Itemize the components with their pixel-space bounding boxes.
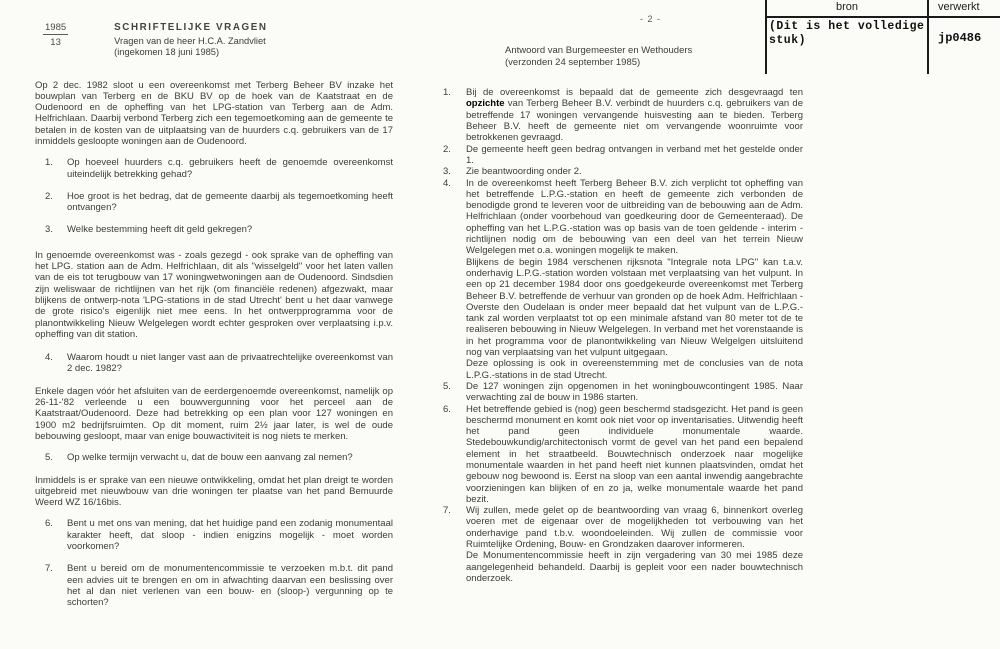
processing-code: jp0486 xyxy=(927,18,1000,74)
question-text: Waarom houdt u niet langer vast aan de p… xyxy=(67,352,393,375)
question-number: 5. xyxy=(45,452,67,463)
answer-number: 1. xyxy=(440,87,466,143)
answer-subparagraph: Blijkens de begin 1984 verschenen rijksn… xyxy=(466,257,803,359)
question-text: Op welke termijn verwacht u, dat de bouw… xyxy=(67,452,393,463)
question-item: 7. Bent u bereid om de monumentencommiss… xyxy=(35,563,393,608)
document-title: SCHRIFTELIJKE VRAGEN xyxy=(114,22,267,34)
document-year: 1985 xyxy=(43,22,68,35)
document-number-fraction: 1985 13 xyxy=(43,22,68,48)
question-item: 5. Op welke termijn verwacht u, dat de b… xyxy=(35,452,393,463)
answer-number: 5. xyxy=(440,381,466,404)
answer-header-line2: (verzonden 24 september 1985) xyxy=(505,57,803,69)
question-text: Welke bestemming heeft dit geld gekregen… xyxy=(67,224,393,235)
answer-text: Het betreffende gebied is (nog) geen bes… xyxy=(466,404,803,506)
answer-text: De gemeente heeft geen bedrag ontvangen … xyxy=(466,144,803,167)
answer-text: In de overeenkomst heeft Terberg Beheer … xyxy=(466,178,803,381)
answer-item: 1. Bij de overeenkomst is bepaald dat de… xyxy=(440,87,803,143)
question-number: 2. xyxy=(45,191,67,214)
answers-list: 1. Bij de overeenkomst is bepaald dat de… xyxy=(440,87,803,584)
answer-number: 2. xyxy=(440,144,466,167)
answer-item: 5. De 127 woningen zijn opgenomen in het… xyxy=(440,381,803,404)
answer-header-line1: Antwoord van Burgemeester en Wethouders xyxy=(505,45,803,57)
question-item: 6. Bent u met ons van mening, dat het hu… xyxy=(35,518,393,552)
question-text: Hoe groot is het bedrag, dat de gemeente… xyxy=(67,191,393,214)
answer-text: Bij de overeenkomst is bepaald dat de ge… xyxy=(466,87,803,143)
question-number: 1. xyxy=(45,157,67,180)
page-number: - 2 - xyxy=(640,14,803,24)
answer-number: 3. xyxy=(440,166,466,177)
answer-text: De 127 woningen zijn opgenomen in het wo… xyxy=(466,381,803,404)
answer-text: Wij zullen, mede gelet op de beantwoordi… xyxy=(466,505,803,584)
answer-number: 4. xyxy=(440,178,466,381)
answer-item: 2. De gemeente heeft geen bedrag ontvang… xyxy=(440,144,803,167)
question-number: 3. xyxy=(45,224,67,235)
question-number: 4. xyxy=(45,352,67,375)
context-paragraph: Inmiddels is er sprake van een nieuwe on… xyxy=(35,475,393,509)
question-item: 4. Waarom houdt u niet langer vast aan d… xyxy=(35,352,393,375)
answer-item: 7. Wij zullen, mede gelet op de beantwoo… xyxy=(440,505,803,584)
context-paragraph: In genoemde overeenkomst was - zoals gez… xyxy=(35,250,393,340)
question-item: 2. Hoe groot is het bedrag, dat de gemee… xyxy=(35,191,393,214)
answer-subparagraph: In de overeenkomst heeft Terberg Beheer … xyxy=(466,178,803,257)
answer-subparagraph: De Monumentencommissie heeft in zijn ver… xyxy=(466,550,803,584)
answer-subparagraph: Wij zullen, mede gelet op de beantwoordi… xyxy=(466,505,803,550)
page-left-questions: 1985 13 SCHRIFTELIJKE VRAGEN Vragen van … xyxy=(35,22,393,619)
answer-item: 3. Zie beantwoording onder 2. xyxy=(440,166,803,177)
question-text: Bent u bereid om de monumentencommissie … xyxy=(67,563,393,608)
verwerkt-header-cell: verwerkt xyxy=(927,0,1000,16)
question-number: 7. xyxy=(45,563,67,608)
question-text: Op hoeveel huurders c.q. gebruikers heef… xyxy=(67,157,393,180)
document-received-date: (ingekomen 18 juni 1985) xyxy=(114,47,267,59)
answer-subparagraph: Deze oplossing is ook in overeenstemming… xyxy=(466,358,803,381)
answer-item: 6. Het betreffende gebied is (nog) geen … xyxy=(440,404,803,506)
highlighted-word: opzichte xyxy=(466,98,505,109)
document-subtitle: Vragen van de heer H.C.A. Zandvliet xyxy=(114,36,267,48)
intro-paragraph: Op 2 dec. 1982 sloot u een overeenkomst … xyxy=(35,80,393,148)
left-page-body: Op 2 dec. 1982 sloot u een overeenkomst … xyxy=(35,80,393,609)
context-paragraph: Enkele dagen vóór het afsluiten van de e… xyxy=(35,386,393,442)
answer-text-post: van Terberg Beheer B.V. verbindt de huur… xyxy=(466,98,803,143)
answer-item: 4. In de overeenkomst heeft Terberg Behe… xyxy=(440,178,803,381)
answer-text: Zie beantwoording onder 2. xyxy=(466,166,803,177)
question-item: 1. Op hoeveel huurders c.q. gebruikers h… xyxy=(35,157,393,180)
left-page-header: 1985 13 SCHRIFTELIJKE VRAGEN Vragen van … xyxy=(35,22,393,59)
question-item: 3. Welke bestemming heeft dit geld gekre… xyxy=(35,224,393,235)
question-text: Bent u met ons van mening, dat het huidi… xyxy=(67,518,393,552)
page-right-answers: - 2 - Antwoord van Burgemeester en Wetho… xyxy=(440,14,803,584)
answer-text-pre: Bij de overeenkomst is bepaald dat de ge… xyxy=(466,87,803,98)
answer-header: Antwoord van Burgemeester en Wethouders … xyxy=(505,45,803,68)
document-number: 13 xyxy=(43,35,68,48)
answer-number: 7. xyxy=(440,505,466,584)
question-number: 6. xyxy=(45,518,67,552)
title-block: SCHRIFTELIJKE VRAGEN Vragen van de heer … xyxy=(114,22,267,59)
answer-number: 6. xyxy=(440,404,466,506)
